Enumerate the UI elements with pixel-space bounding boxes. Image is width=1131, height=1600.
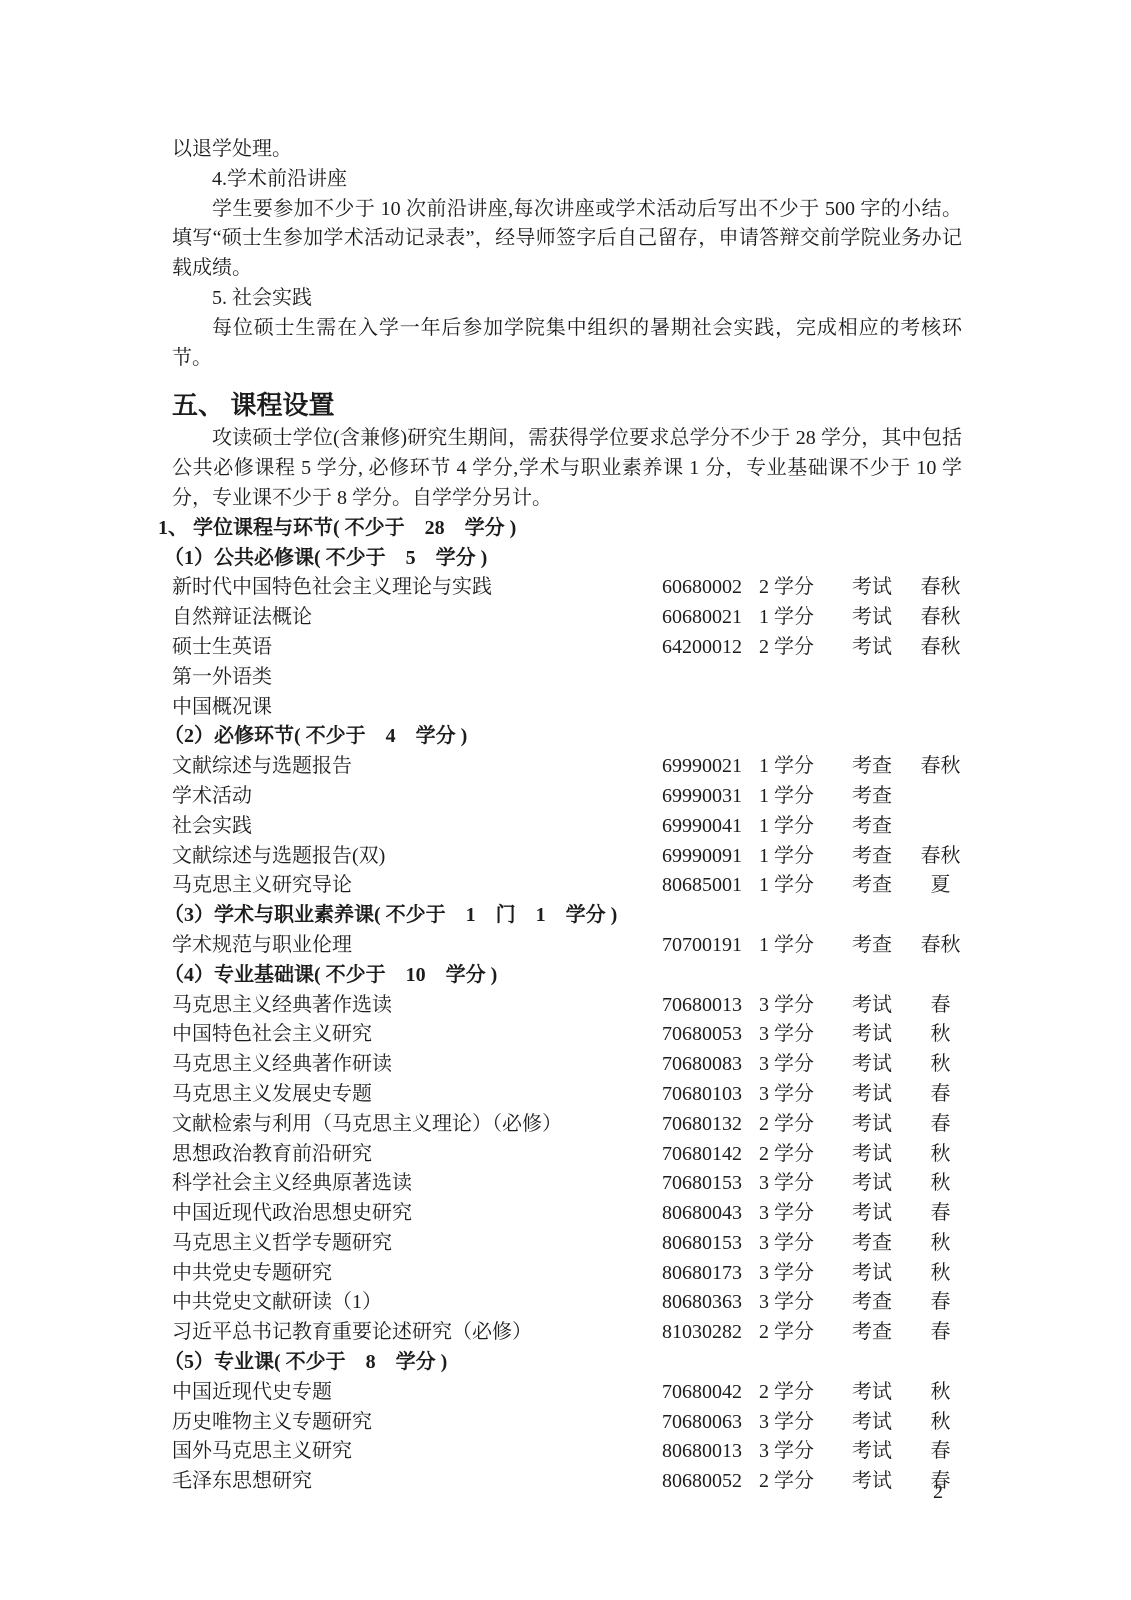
course-term: 秋 bbox=[919, 1259, 962, 1289]
course-code: 80680153 bbox=[662, 1229, 759, 1259]
course-code bbox=[662, 663, 759, 693]
course-credit: 1 学分 bbox=[759, 871, 852, 901]
course-row: 新时代中国特色社会主义理论与实践 60680002 2 学分 考试 春秋 bbox=[172, 573, 962, 603]
course-term bbox=[919, 693, 962, 723]
course-name: 中共党史文献研读（1） bbox=[172, 1288, 662, 1318]
course-exam-type: 考查 bbox=[852, 812, 919, 842]
course-row: 马克思主义哲学专题研究 80680153 3 学分 考查 秋 bbox=[172, 1229, 962, 1259]
course-term: 春 bbox=[919, 991, 962, 1021]
course-exam-type: 考试 bbox=[852, 1050, 919, 1080]
course-credit: 3 学分 bbox=[759, 1020, 852, 1050]
course-name: 自然辩证法概论 bbox=[172, 603, 662, 633]
course-row: 科学社会主义经典原著选读 70680153 3 学分 考试 秋 bbox=[172, 1169, 962, 1199]
course-code: 64200012 bbox=[662, 633, 759, 663]
course-code: 60680021 bbox=[662, 603, 759, 633]
course-term: 秋 bbox=[919, 1020, 962, 1050]
course-row: 马克思主义经典著作研读 70680083 3 学分 考试 秋 bbox=[172, 1050, 962, 1080]
course-group-heading: （5）专业课( 不少于 8 学分 ) bbox=[164, 1348, 962, 1378]
course-code: 70680063 bbox=[662, 1408, 759, 1438]
course-term: 春秋 bbox=[919, 603, 962, 633]
course-term: 春秋 bbox=[919, 931, 962, 961]
course-name: 科学社会主义经典原著选读 bbox=[172, 1169, 662, 1199]
course-row: 习近平总书记教育重要论述研究（必修） 81030282 2 学分 考查 春 bbox=[172, 1318, 962, 1348]
course-exam-type bbox=[852, 663, 919, 693]
course-code: 81030282 bbox=[662, 1318, 759, 1348]
course-name: 马克思主义研究导论 bbox=[172, 871, 662, 901]
course-group: （4）专业基础课( 不少于 10 学分 ) 马克思主义经典著作选读 706800… bbox=[172, 961, 962, 1348]
course-term bbox=[919, 782, 962, 812]
course-name: 毛泽东思想研究 bbox=[172, 1467, 662, 1497]
course-credit: 2 学分 bbox=[759, 1467, 852, 1497]
course-name: 文献综述与选题报告(双) bbox=[172, 842, 662, 872]
course-term: 春 bbox=[919, 1199, 962, 1229]
course-exam-type: 考试 bbox=[852, 603, 919, 633]
course-exam-type: 考试 bbox=[852, 1169, 919, 1199]
course-code: 70680053 bbox=[662, 1020, 759, 1050]
course-code: 69990031 bbox=[662, 782, 759, 812]
paragraph-continuation: 以退学处理。 bbox=[172, 135, 962, 165]
page-number: 2 bbox=[933, 1478, 943, 1508]
course-group: （5）专业课( 不少于 8 学分 ) 中国近现代史专题 70680042 2 学… bbox=[172, 1348, 962, 1497]
course-name: 学术规范与职业伦理 bbox=[172, 931, 662, 961]
course-row: 文献检索与利用（马克思主义理论）（必修） 70680132 2 学分 考试 春 bbox=[172, 1110, 962, 1140]
course-name: 学术活动 bbox=[172, 782, 662, 812]
course-row: 自然辩证法概论 60680021 1 学分 考试 春秋 bbox=[172, 603, 962, 633]
course-row: 学术活动 69990031 1 学分 考查 bbox=[172, 782, 962, 812]
course-row: 历史唯物主义专题研究 70680063 3 学分 考试 秋 bbox=[172, 1408, 962, 1438]
course-exam-type: 考试 bbox=[852, 1467, 919, 1497]
course-credit: 2 学分 bbox=[759, 1140, 852, 1170]
course-term: 秋 bbox=[919, 1050, 962, 1080]
course-row: 第一外语类 bbox=[172, 663, 962, 693]
course-list: （1）公共必修课( 不少于 5 学分 ) 新时代中国特色社会主义理论与实践 60… bbox=[172, 544, 962, 1498]
course-credit: 1 学分 bbox=[759, 812, 852, 842]
course-credit: 1 学分 bbox=[759, 842, 852, 872]
course-group-rows: 中国近现代史专题 70680042 2 学分 考试 秋 历史唯物主义专题研究 7… bbox=[172, 1378, 962, 1497]
course-exam-type bbox=[852, 693, 919, 723]
course-exam-type: 考试 bbox=[852, 1199, 919, 1229]
course-code: 69990041 bbox=[662, 812, 759, 842]
course-group-heading: （1）公共必修课( 不少于 5 学分 ) bbox=[164, 544, 962, 574]
course-group-heading: （3）学术与职业素养课( 不少于 1 门 1 学分 ) bbox=[164, 901, 962, 931]
course-credit bbox=[759, 663, 852, 693]
course-term: 秋 bbox=[919, 1140, 962, 1170]
course-code: 80680052 bbox=[662, 1467, 759, 1497]
course-exam-type: 考试 bbox=[852, 1080, 919, 1110]
course-row: 社会实践 69990041 1 学分 考查 bbox=[172, 812, 962, 842]
course-credit: 2 学分 bbox=[759, 1378, 852, 1408]
course-row: 马克思主义经典著作选读 70680013 3 学分 考试 春 bbox=[172, 991, 962, 1021]
course-code: 70680132 bbox=[662, 1110, 759, 1140]
course-term: 秋 bbox=[919, 1229, 962, 1259]
course-credit: 1 学分 bbox=[759, 782, 852, 812]
course-name: 马克思主义发展史专题 bbox=[172, 1080, 662, 1110]
course-exam-type: 考试 bbox=[852, 1110, 919, 1140]
course-code: 80680173 bbox=[662, 1259, 759, 1289]
course-term: 春 bbox=[919, 1110, 962, 1140]
item4-body: 学生要参加不少于 10 次前沿讲座,每次讲座或学术活动后写出不少于 500 字的… bbox=[172, 195, 962, 284]
course-row: 马克思主义发展史专题 70680103 3 学分 考试 春 bbox=[172, 1080, 962, 1110]
course-row: 中国特色社会主义研究 70680053 3 学分 考试 秋 bbox=[172, 1020, 962, 1050]
course-row: 硕士生英语 64200012 2 学分 考试 春秋 bbox=[172, 633, 962, 663]
course-term: 春 bbox=[919, 1288, 962, 1318]
course-code: 80685001 bbox=[662, 871, 759, 901]
course-exam-type: 考试 bbox=[852, 1378, 919, 1408]
course-term: 春秋 bbox=[919, 842, 962, 872]
course-credit: 3 学分 bbox=[759, 1199, 852, 1229]
course-credit: 3 学分 bbox=[759, 1288, 852, 1318]
course-row: 中共党史文献研读（1） 80680363 3 学分 考查 春 bbox=[172, 1288, 962, 1318]
course-row: 文献综述与选题报告(双) 69990091 1 学分 考查 春秋 bbox=[172, 842, 962, 872]
course-term: 春 bbox=[919, 1318, 962, 1348]
course-exam-type: 考查 bbox=[852, 752, 919, 782]
course-code: 80680013 bbox=[662, 1437, 759, 1467]
course-credit: 1 学分 bbox=[759, 603, 852, 633]
course-exam-type: 考试 bbox=[852, 1437, 919, 1467]
course-term: 秋 bbox=[919, 1408, 962, 1438]
course-credit: 2 学分 bbox=[759, 1318, 852, 1348]
course-row: 中国近现代政治思想史研究 80680043 3 学分 考试 春 bbox=[172, 1199, 962, 1229]
course-exam-type: 考试 bbox=[852, 573, 919, 603]
course-code bbox=[662, 693, 759, 723]
course-term: 春 bbox=[919, 1437, 962, 1467]
course-code: 80680043 bbox=[662, 1199, 759, 1229]
course-credit: 2 学分 bbox=[759, 573, 852, 603]
course-name: 中国近现代史专题 bbox=[172, 1378, 662, 1408]
course-exam-type: 考查 bbox=[852, 782, 919, 812]
course-term: 春秋 bbox=[919, 633, 962, 663]
course-credit: 3 学分 bbox=[759, 1080, 852, 1110]
course-exam-type: 考试 bbox=[852, 991, 919, 1021]
course-name: 社会实践 bbox=[172, 812, 662, 842]
item4-title: 4.学术前沿讲座 bbox=[172, 165, 962, 195]
section-heading-course-setup: 五、 课程设置 bbox=[172, 388, 962, 424]
course-name: 马克思主义经典著作选读 bbox=[172, 991, 662, 1021]
course-credit: 3 学分 bbox=[759, 1229, 852, 1259]
course-term bbox=[919, 663, 962, 693]
course-credit bbox=[759, 693, 852, 723]
course-term: 春 bbox=[919, 1080, 962, 1110]
subheading-degree-courses: 1、 学位课程与环节( 不少于 28 学分 ) bbox=[158, 514, 962, 544]
document-page: 以退学处理。 4.学术前沿讲座 学生要参加不少于 10 次前沿讲座,每次讲座或学… bbox=[0, 0, 1131, 1600]
course-row: 文献综述与选题报告 69990021 1 学分 考查 春秋 bbox=[172, 752, 962, 782]
course-term: 秋 bbox=[919, 1378, 962, 1408]
course-exam-type: 考试 bbox=[852, 1020, 919, 1050]
course-term: 秋 bbox=[919, 1169, 962, 1199]
course-row: 毛泽东思想研究 80680052 2 学分 考试 春 bbox=[172, 1467, 962, 1497]
course-group: （1）公共必修课( 不少于 5 学分 ) 新时代中国特色社会主义理论与实践 60… bbox=[172, 544, 962, 723]
course-exam-type: 考查 bbox=[852, 931, 919, 961]
course-name: 习近平总书记教育重要论述研究（必修） bbox=[172, 1318, 662, 1348]
course-term: 春秋 bbox=[919, 752, 962, 782]
course-group: （3）学术与职业素养课( 不少于 1 门 1 学分 ) 学术规范与职业伦理 70… bbox=[172, 901, 962, 961]
course-credit: 3 学分 bbox=[759, 991, 852, 1021]
course-code: 80680363 bbox=[662, 1288, 759, 1318]
course-credit: 2 学分 bbox=[759, 633, 852, 663]
course-credit: 3 学分 bbox=[759, 1437, 852, 1467]
course-exam-type: 考试 bbox=[852, 1408, 919, 1438]
course-group-rows: 文献综述与选题报告 69990021 1 学分 考查 春秋 学术活动 69990… bbox=[172, 752, 962, 901]
course-exam-type: 考查 bbox=[852, 1229, 919, 1259]
course-name: 中国特色社会主义研究 bbox=[172, 1020, 662, 1050]
course-name: 新时代中国特色社会主义理论与实践 bbox=[172, 573, 662, 603]
course-group-rows: 马克思主义经典著作选读 70680013 3 学分 考试 春 中国特色社会主义研… bbox=[172, 991, 962, 1349]
course-exam-type: 考查 bbox=[852, 1288, 919, 1318]
course-code: 70680013 bbox=[662, 991, 759, 1021]
course-term: 春秋 bbox=[919, 573, 962, 603]
course-group-heading: （4）专业基础课( 不少于 10 学分 ) bbox=[164, 961, 962, 991]
course-name: 国外马克思主义研究 bbox=[172, 1437, 662, 1467]
course-credit: 3 学分 bbox=[759, 1169, 852, 1199]
course-credit: 1 学分 bbox=[759, 931, 852, 961]
course-exam-type: 考试 bbox=[852, 633, 919, 663]
course-name: 硕士生英语 bbox=[172, 633, 662, 663]
course-code: 69990021 bbox=[662, 752, 759, 782]
course-row: 中国近现代史专题 70680042 2 学分 考试 秋 bbox=[172, 1378, 962, 1408]
course-term bbox=[919, 812, 962, 842]
course-name: 中国近现代政治思想史研究 bbox=[172, 1199, 662, 1229]
course-exam-type: 考试 bbox=[852, 1259, 919, 1289]
course-group-heading: （2）必修环节( 不少于 4 学分 ) bbox=[164, 722, 962, 752]
course-code: 60680002 bbox=[662, 573, 759, 603]
course-group-rows: 学术规范与职业伦理 70700191 1 学分 考查 春秋 bbox=[172, 931, 962, 961]
course-row: 学术规范与职业伦理 70700191 1 学分 考查 春秋 bbox=[172, 931, 962, 961]
course-row: 中国概况课 bbox=[172, 693, 962, 723]
course-credit: 3 学分 bbox=[759, 1408, 852, 1438]
course-credit: 1 学分 bbox=[759, 752, 852, 782]
item5-body: 每位硕士生需在入学一年后参加学院集中组织的暑期社会实践，完成相应的考核环节。 bbox=[172, 314, 962, 374]
course-credit: 3 学分 bbox=[759, 1259, 852, 1289]
course-name: 文献检索与利用（马克思主义理论）（必修） bbox=[172, 1110, 662, 1140]
course-code: 70680153 bbox=[662, 1169, 759, 1199]
course-group-rows: 新时代中国特色社会主义理论与实践 60680002 2 学分 考试 春秋 自然辩… bbox=[172, 573, 962, 722]
course-exam-type: 考查 bbox=[852, 871, 919, 901]
course-code: 70680042 bbox=[662, 1378, 759, 1408]
course-row: 思想政治教育前沿研究 70680142 2 学分 考试 秋 bbox=[172, 1140, 962, 1170]
course-name: 思想政治教育前沿研究 bbox=[172, 1140, 662, 1170]
section-intro: 攻读硕士学位(含兼修)研究生期间，需获得学位要求总学分不少于 28 学分，其中包… bbox=[172, 424, 962, 513]
course-credit: 2 学分 bbox=[759, 1110, 852, 1140]
course-exam-type: 考试 bbox=[852, 1140, 919, 1170]
item5-title: 5. 社会实践 bbox=[172, 284, 962, 314]
course-name: 马克思主义哲学专题研究 bbox=[172, 1229, 662, 1259]
course-group: （2）必修环节( 不少于 4 学分 ) 文献综述与选题报告 69990021 1… bbox=[172, 722, 962, 901]
course-code: 69990091 bbox=[662, 842, 759, 872]
course-code: 70680083 bbox=[662, 1050, 759, 1080]
course-row: 中共党史专题研究 80680173 3 学分 考试 秋 bbox=[172, 1259, 962, 1289]
course-name: 中共党史专题研究 bbox=[172, 1259, 662, 1289]
course-code: 70680142 bbox=[662, 1140, 759, 1170]
course-name: 第一外语类 bbox=[172, 663, 662, 693]
course-term: 夏 bbox=[919, 871, 962, 901]
course-code: 70700191 bbox=[662, 931, 759, 961]
course-row: 马克思主义研究导论 80685001 1 学分 考查 夏 bbox=[172, 871, 962, 901]
course-exam-type: 考查 bbox=[852, 842, 919, 872]
course-name: 历史唯物主义专题研究 bbox=[172, 1408, 662, 1438]
course-code: 70680103 bbox=[662, 1080, 759, 1110]
course-name: 文献综述与选题报告 bbox=[172, 752, 662, 782]
course-name: 中国概况课 bbox=[172, 693, 662, 723]
course-exam-type: 考查 bbox=[852, 1318, 919, 1348]
course-name: 马克思主义经典著作研读 bbox=[172, 1050, 662, 1080]
course-credit: 3 学分 bbox=[759, 1050, 852, 1080]
course-row: 国外马克思主义研究 80680013 3 学分 考试 春 bbox=[172, 1437, 962, 1467]
